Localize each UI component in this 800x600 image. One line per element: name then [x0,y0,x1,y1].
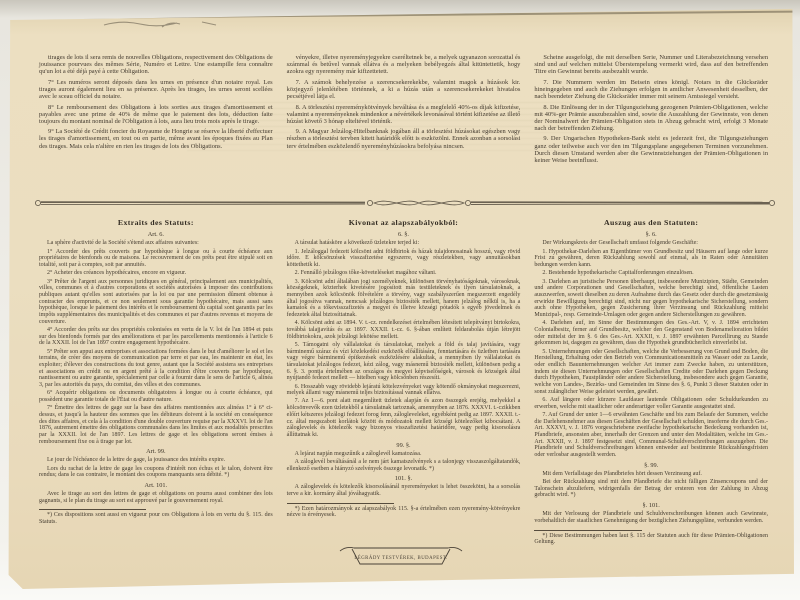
terms-paragraph: 7° Les numéros seront déposés dans les u… [39,79,273,100]
scan-background: tirages de lots il sera remis de nouvell… [0,0,800,600]
statute-clause: 3. Darlehen an juristische Personen über… [534,279,768,319]
article-heading: 101. §. [287,475,521,482]
statute-clause: 2. Bestehende hypothekarische Capitalfor… [534,270,768,277]
statute-clause: 4° Accorder des prêts sur des propriétés… [39,327,273,347]
terms-column-german: Scheine ausgefolgt, die mit derselben Se… [534,54,768,167]
statute-clause: 2° Acheter des créances hypothécaires, e… [39,270,273,277]
statutes-title-hungarian: Kivonat az alapszabályokból: [287,218,521,227]
printer-label: LÉGRÁDY TESTVÉREK, BUDAPEST. [354,555,447,561]
paper-top-edge [3,10,800,19]
terms-paragraph: vényekre, illetve nyereményjegyekre cser… [287,54,521,75]
statute-clause: 4. Kölcsönt adni az 1894. V. t.-cz. rend… [287,320,521,340]
statute-paragraph: Mit der Verlosung der Pfandbriefe und Sc… [534,511,768,524]
article-paragraphs: A lejárat napján megszűnik a záloglevél … [287,451,521,473]
statutes-footnote: *) Ezen határozmányok az alapszabályok 1… [287,503,521,519]
terms-paragraph: 8. A törlesztési nyereménykötvények bevá… [287,104,521,125]
statute-clause: 6. Auf längere oder kürzere Laufdauer la… [534,397,768,410]
printer-mark: LÉGRÁDY TESTVÉREK, BUDAPEST. [337,544,465,573]
statute-clause: 7° Émettre des lettres de gage sur la ba… [39,405,273,445]
pencil-scribble [102,16,232,30]
terms-paragraph: 7. Die Nummern werden im Beisein eines k… [534,79,768,100]
statutes-intro: Der Wirkungskreis der Gesellschaft umfas… [534,240,768,247]
statute-clause: 2. Fennálló jelzálogos tőke-követeléseke… [287,270,521,277]
statutes-footnote: *) Diese Bestimmungen haben laut §. 115 … [534,530,768,546]
statute-paragraph: Mit dem Verfallstage des Pfandbriefes hö… [534,471,768,478]
terms-paragraph: tirages de lots il sera remis de nouvell… [39,54,273,75]
statutes-intro: La sphère d'activité de la Société s'éte… [39,240,273,247]
statute-clause: 6. Hosszabb vagy rövidebb lejáratú kötel… [287,384,521,397]
statutes-section: Extraits des Statuts: Art. 6. La sphère … [39,218,768,547]
statutes-intro: A társulat hatásköre a következő üzletek… [287,240,521,247]
statute-paragraph: A lejárat napján megszűnik a záloglevél … [287,451,521,458]
terms-paragraph: 9. A Magyar Jelzálog-Hitelbanknak jogába… [287,128,521,149]
ornamental-divider [33,196,768,215]
terms-column-hungarian: vényekre, illetve nyereményjegyekre cser… [287,54,521,167]
statute-clause: 5. Unternehmungen oder Gesellschaften, w… [534,349,768,396]
statute-paragraph: A záloglevelek és kötelezők kisorsolásán… [287,484,521,497]
statute-paragraph: Le jour de l'échéance de la lettre de ga… [39,457,273,464]
statutes-column-french: Extraits des Statuts: Art. 6. La sphère … [39,218,273,547]
statutes-footnote: *) Ces dispositions sont aussi en vigueu… [39,509,273,525]
terms-paragraph: Scheine ausgefolgt, die mit derselben Se… [534,54,768,75]
statutes-column-hungarian: Kivonat az alapszabályokból: 6. §. A tár… [287,218,521,547]
statutes-title-german: Auszug aus den Statuten: [534,218,768,227]
article-heading: Art. 6. [39,231,273,238]
statute-clause: 7. Az 1—6. pont alatt megemlített üzlete… [287,398,521,438]
statute-clause: 6° Acquérir obligations ou documents obl… [39,390,273,403]
statute-clause: 5. Támogatni oly vállalatokat és társula… [287,342,521,382]
statute-paragraph: Bei der Rückzahlung sind mit dem Pfandbr… [534,479,768,499]
statute-clause: 1. Jelzáloggal fedezett kölcsönt adni fö… [287,249,521,269]
statute-clause: 7. Auf Grund der unter 1—6 erwähnten Ges… [534,412,768,459]
statutes-column-german: Auszug aus den Statuten: §. 6. Der Wirku… [534,218,768,547]
article-heading: Art. 99. [39,448,273,455]
terms-paragraph: 8° Le remboursement des Obligations à lo… [39,104,273,125]
statute-clause: 4. Darlehen auf, im Sinne der Bestimmung… [534,320,768,347]
article-heading: Art. 101. [39,482,273,489]
terms-paragraph: 8. Die Einlösung der in der Tilgungszieh… [534,104,768,132]
clause-list: 1° Accorder des prêts couverts par hypot… [39,249,273,446]
article-heading: 6. §. [287,231,521,238]
statute-paragraph: Avec le tirage au sort des lettres de ga… [39,491,273,504]
statute-paragraph: A záloglevél beváltásánál a le nem járt … [287,459,521,472]
article-paragraphs: Le jour de l'échéance de la lettre de ga… [39,457,273,479]
terms-paragraph: 9° La Société de Crédit foncier du Royau… [39,128,273,149]
statute-clause: 5° Prêter son appui aux entreprises et a… [39,349,273,389]
article-heading: 99. §. [287,442,521,449]
article-heading: §. 6. [534,231,768,238]
terms-column-french: tirages de lots il sera remis de nouvell… [39,54,273,167]
clause-list: 1. Jelzáloggal fedezett kölcsönt adni fö… [287,249,521,439]
statute-clause: 3. Kölcsönt adni általában jogi személye… [287,279,521,319]
document-paper: tirages de lots il sera remis de nouvell… [7,6,794,589]
terms-paragraph: 7. A számok behelyezése a szerencsekerek… [287,79,521,100]
statute-clause: 1. Hypothekar-Darlehen an Eigenthümer vo… [534,249,768,269]
article-heading: §. 101. [534,502,768,509]
statute-clause: 1° Accorder des prêts couverts par hypot… [39,249,273,269]
statute-clause: 3° Prêter de l'argent aux personnes juri… [39,279,273,326]
terms-paragraph: 9. Der Ungarischen Hypotheken-Bank steht… [534,135,768,163]
clause-list: 1. Hypothekar-Darlehen an Eigenthümer vo… [534,249,768,459]
statute-paragraph: Lors du rachat de la lettre de gage les … [39,466,273,479]
statutes-title-french: Extraits des Statuts: [39,218,273,227]
terms-section: tirages de lots il sera remis de nouvell… [39,54,768,167]
article-paragraphs: Mit dem Verfallstage des Pfandbriefes hö… [534,471,768,499]
article-heading: §. 99. [534,462,768,469]
